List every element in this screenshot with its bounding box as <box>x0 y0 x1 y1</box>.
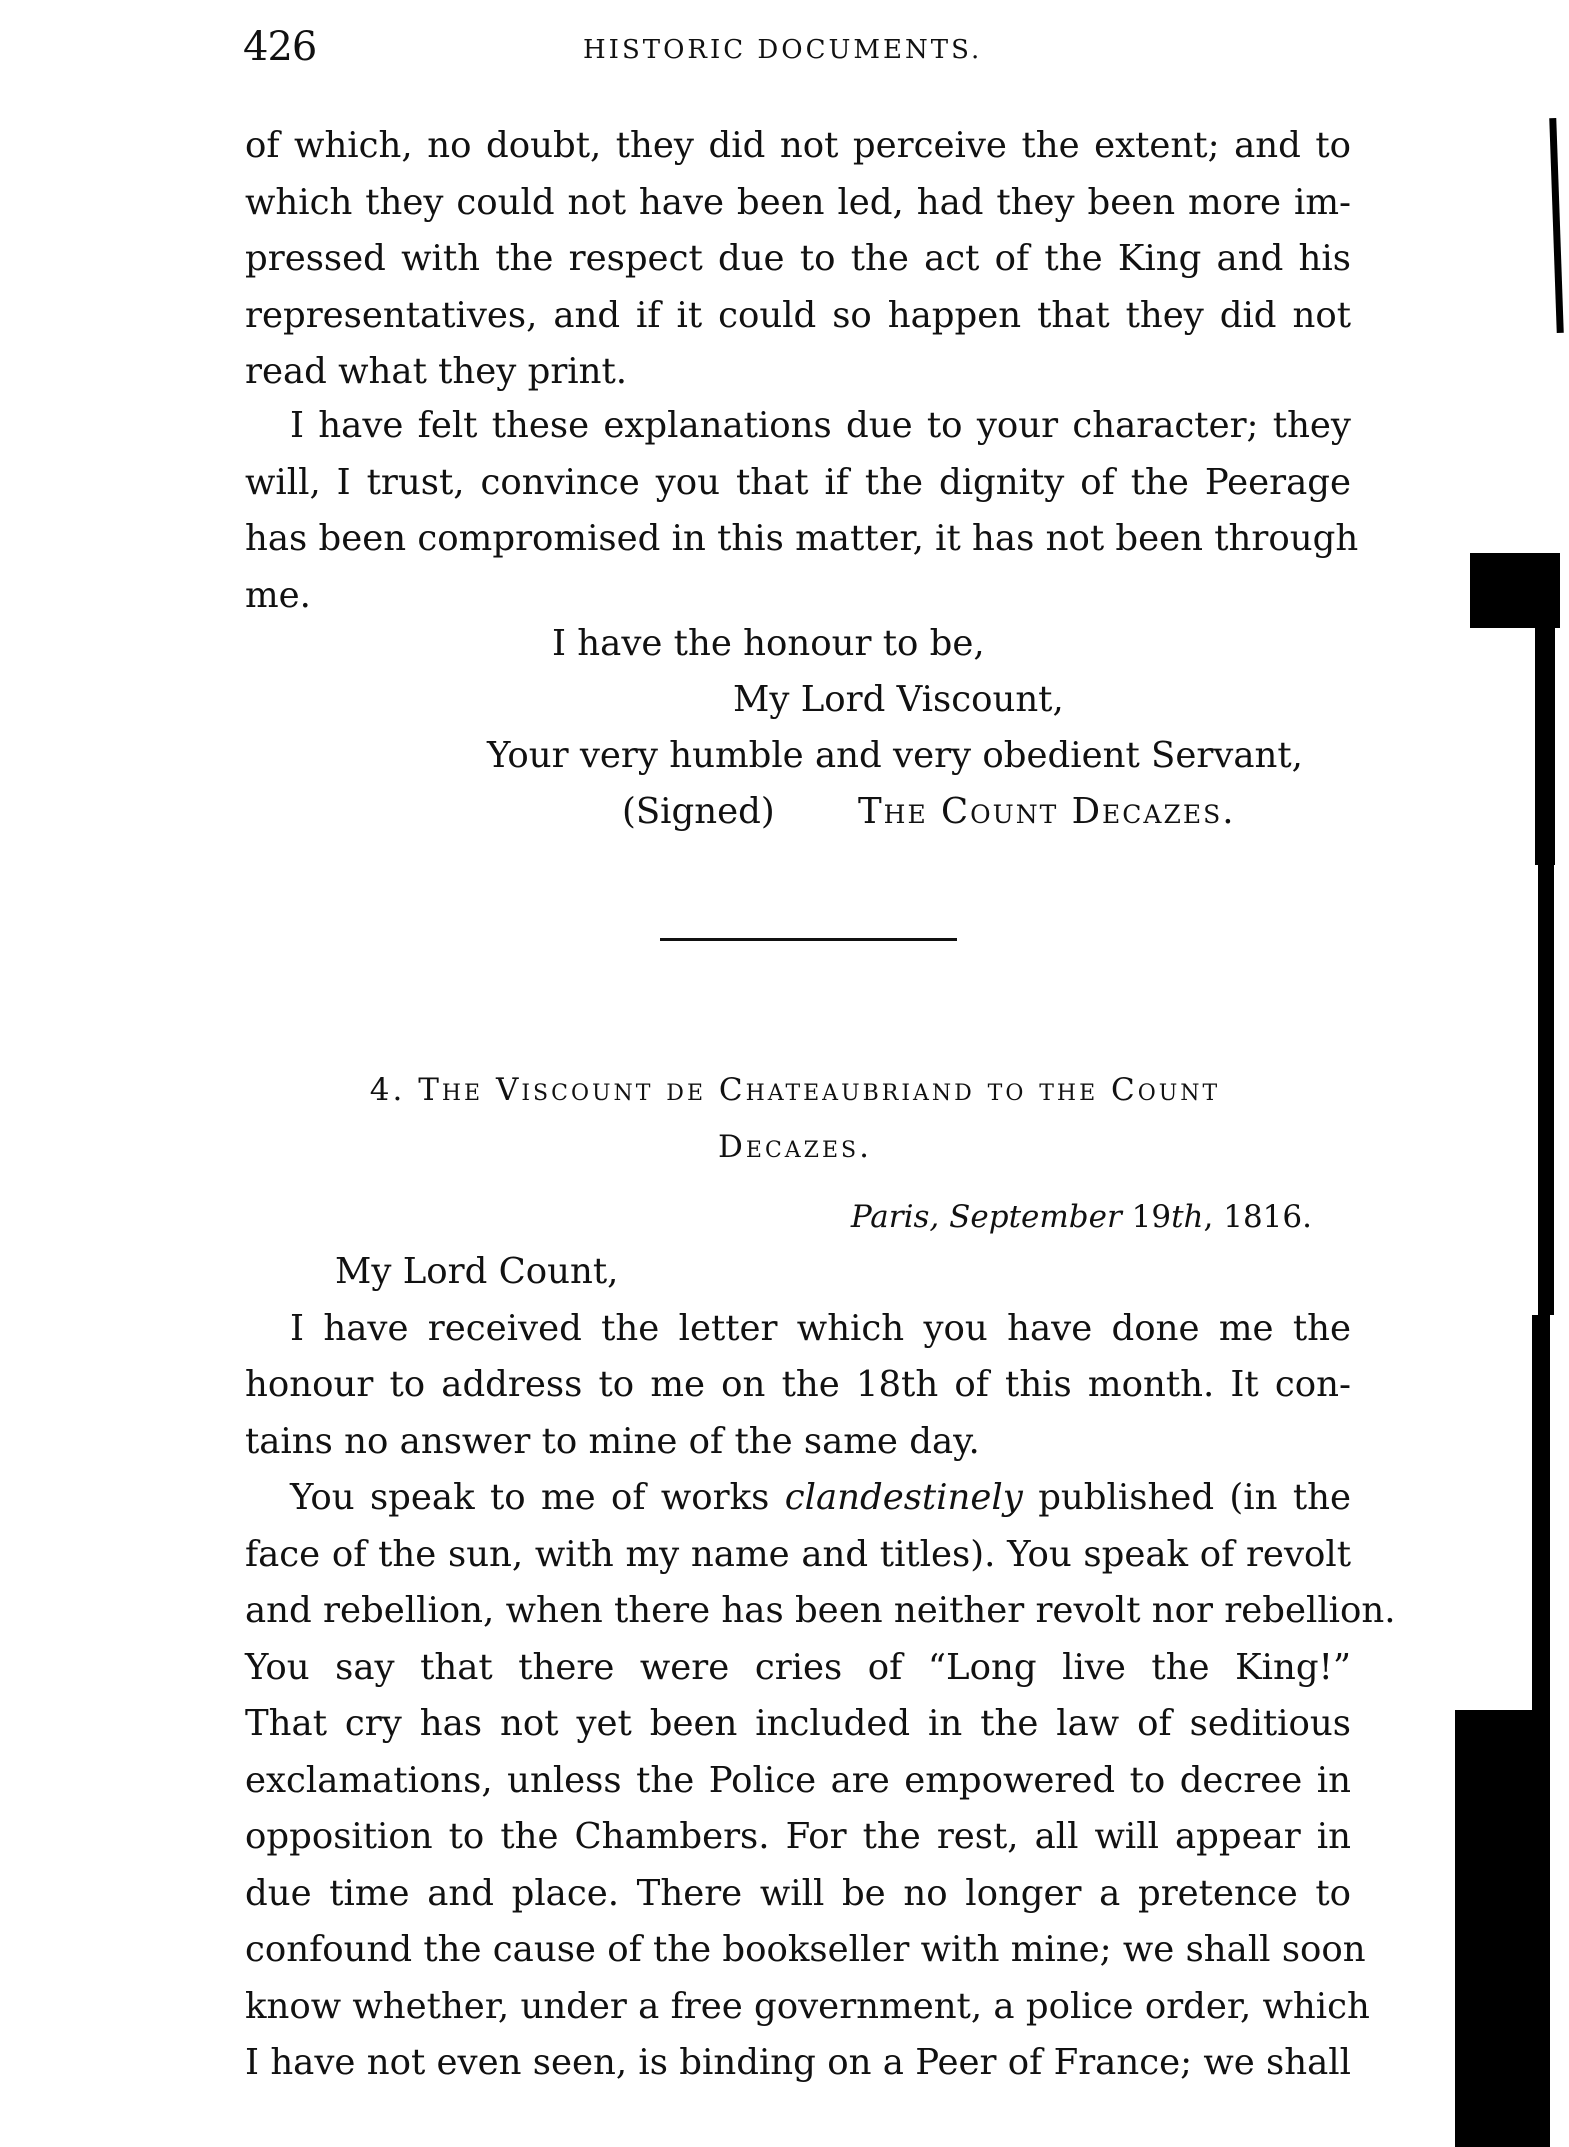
page-number: 426 <box>243 22 316 72</box>
signature: The Count Decazes. <box>858 784 1236 841</box>
text-line: pressed with the respect due to the act … <box>245 231 1351 288</box>
letter-4-body: My Lord Count, I have received the lette… <box>245 1244 1351 2092</box>
text-line: opposition to the Chambers. For the rest… <box>245 1809 1351 1866</box>
text-line: representatives, and if it could so happ… <box>245 288 1351 345</box>
text-line: That cry has not yet been included in th… <box>245 1696 1351 1753</box>
text-fragment: published (in the <box>1038 1477 1351 1518</box>
book-page: 426 Historic Documents. of which, no dou… <box>0 0 1569 2147</box>
text-line: know whether, under a free government, a… <box>245 1979 1351 2036</box>
text-line: I have not even seen, is binding on a Pe… <box>245 2035 1351 2092</box>
dateline: Paris, September 19th, 1816. <box>851 1192 1312 1242</box>
emphasized-word: clandestinely <box>785 1477 1023 1518</box>
text-line: I have received the letter which you hav… <box>245 1301 1351 1358</box>
letter-heading: 4. The Viscount de Chateaubriand to the … <box>240 1062 1350 1118</box>
text-line: and rebellion, when there has been neith… <box>245 1583 1351 1640</box>
previous-letter-paragraph-end: of which, no doubt, they did not perceiv… <box>245 118 1351 401</box>
text-line: exclamations, unless the Police are empo… <box>245 1753 1351 1810</box>
signed-label: (Signed) <box>622 784 775 841</box>
text-line: You say that there were cries of “Long l… <box>245 1640 1351 1697</box>
closing-line: My Lord Viscount, <box>733 672 1064 729</box>
salutation: My Lord Count, <box>245 1244 1351 1301</box>
text-line: will, I trust, convince you that if the … <box>245 455 1351 512</box>
closing-line: Your very humble and very obedient Serva… <box>487 728 1303 785</box>
text-line: has been compromised in this matter, it … <box>245 511 1351 568</box>
previous-letter-final-paragraph: I have felt these explanations due to yo… <box>245 398 1351 624</box>
text-line: face of the sun, with my name and titles… <box>245 1527 1351 1584</box>
text-line: You speak to me of works clandestinely p… <box>245 1470 1351 1527</box>
text-line: tains no answer to mine of the same day. <box>245 1414 1351 1471</box>
closing-line: I have the honour to be, <box>552 616 985 673</box>
running-title: Historic Documents. <box>583 30 982 70</box>
dateline-day-suffix: th <box>1171 1199 1203 1235</box>
text-line: confound the cause of the bookseller wit… <box>245 1922 1351 1979</box>
dateline-place-month: Paris, September <box>851 1199 1122 1235</box>
letter-heading-continued: Decazes. <box>240 1119 1350 1175</box>
running-head: 426 Historic Documents. <box>243 22 1348 72</box>
dateline-year: , 1816. <box>1204 1199 1312 1235</box>
text-line: which they could not have been led, had … <box>245 175 1351 232</box>
dateline-day-number: 19 <box>1132 1199 1171 1235</box>
text-line: I have felt these explanations due to yo… <box>245 398 1351 455</box>
text-fragment: You speak to me of works <box>290 1477 769 1518</box>
text-line: read what they print. <box>245 344 1351 401</box>
text-line: of which, no doubt, they did not perceiv… <box>245 118 1351 175</box>
text-line: honour to address to me on the 18th of t… <box>245 1357 1351 1414</box>
text-line: due time and place. There will be no lon… <box>245 1866 1351 1923</box>
section-divider <box>660 938 957 941</box>
